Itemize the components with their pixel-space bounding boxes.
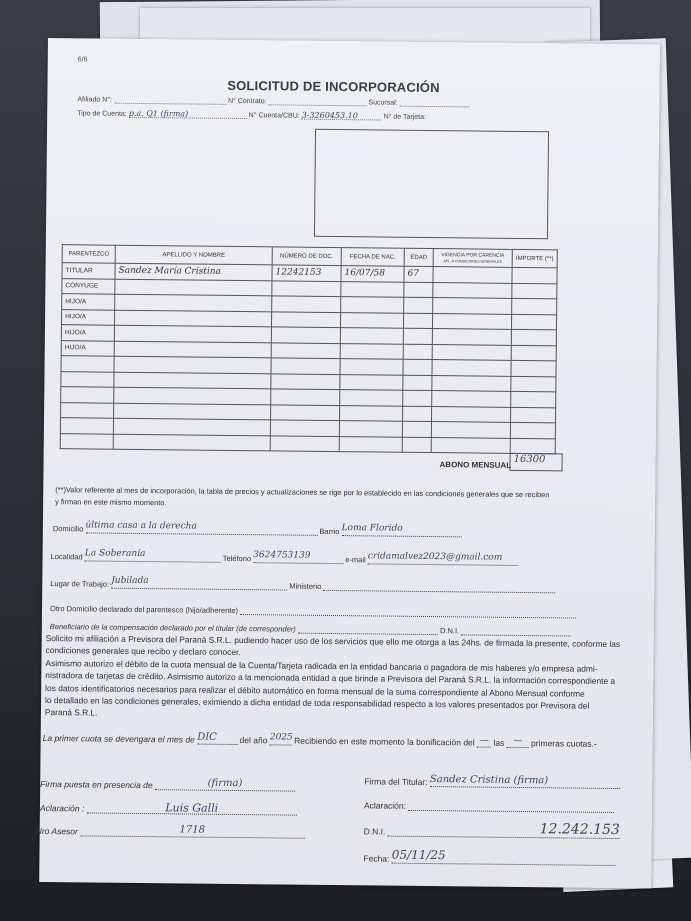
domicilio-field[interactable]: última casa a la derecha xyxy=(85,520,317,535)
aclaracion-left-field[interactable]: Luis Galli xyxy=(87,800,297,815)
header-row-2: Tipo de Cuenta: p.a. Q1 (firma) N° Cuent… xyxy=(77,108,426,121)
table-cell[interactable] xyxy=(114,310,271,327)
page-number: 6/6 xyxy=(78,56,88,63)
photo-box xyxy=(314,129,549,239)
table-cell[interactable] xyxy=(271,389,340,405)
table-cell[interactable] xyxy=(341,281,404,297)
terms-text: Solicito mi afiliación a Previsora del P… xyxy=(45,632,666,725)
table-cell[interactable] xyxy=(340,328,403,344)
table-cell[interactable] xyxy=(402,421,431,437)
col-apellido-nombre: APELLIDO Y NOMBRE xyxy=(115,245,272,265)
col-fecha-nac: FECHA DE NAC. xyxy=(341,248,404,267)
table-cell[interactable] xyxy=(271,404,340,420)
table-cell[interactable] xyxy=(432,329,511,345)
table-cell[interactable] xyxy=(114,387,271,404)
footnote: (**)Valor referente al mes de incorporac… xyxy=(55,484,549,514)
table-cell[interactable] xyxy=(402,437,431,453)
table-cell[interactable] xyxy=(271,327,340,343)
table-cell[interactable] xyxy=(114,356,271,373)
asesor-field[interactable]: 1718 xyxy=(80,823,304,838)
table-cell[interactable] xyxy=(270,435,339,451)
table-cell[interactable] xyxy=(272,296,341,312)
table-cell[interactable] xyxy=(403,313,432,329)
tipo-cuenta-field[interactable]: p.a. Q1 (firma) xyxy=(129,109,247,119)
table-cell[interactable] xyxy=(114,341,271,358)
parentezco-cell xyxy=(60,433,113,449)
parentezco-cell: HIJO/A xyxy=(61,309,114,325)
members-table: PARENTEZCO APELLIDO Y NOMBRE NÚMERO DE D… xyxy=(60,244,558,454)
table-cell[interactable] xyxy=(340,343,403,359)
table-cell[interactable] xyxy=(403,344,432,360)
cuenta-cbu-label: N° Cuenta/CBU: xyxy=(249,112,300,120)
fecha-row: Fecha: 05/11/25 xyxy=(363,847,616,866)
barrio-field[interactable]: Loma Florido xyxy=(342,523,462,537)
cuota-anio-field[interactable]: 2025 xyxy=(270,732,292,745)
contrato-field[interactable] xyxy=(268,96,366,106)
table-cell[interactable] xyxy=(511,391,556,407)
otro-domicilio-row: Otro Domicilio declarado del parentesco … xyxy=(50,600,576,619)
email-field[interactable]: cridamalvez2023@gmail.com xyxy=(368,551,518,566)
table-cell[interactable] xyxy=(511,360,556,376)
telefono-field[interactable]: 3624753139 xyxy=(253,550,343,564)
beneficiario-dni-field[interactable] xyxy=(461,622,571,636)
las-field[interactable]: — xyxy=(507,735,529,748)
table-cell[interactable] xyxy=(113,418,270,435)
tipo-cuenta-label: Tipo de Cuenta: xyxy=(77,110,127,118)
table-cell[interactable] xyxy=(115,294,272,311)
table-cell[interactable] xyxy=(340,390,403,406)
firma-titular-field[interactable]: Sandez Cristina (firma) xyxy=(430,774,620,789)
table-cell[interactable] xyxy=(432,375,511,391)
parentezco-cell: HIJO/A xyxy=(62,294,115,310)
asesor-row: Nro Asesor 1718 xyxy=(36,823,305,839)
dni-titular-field[interactable]: 12.242.153 xyxy=(388,820,620,839)
table-cell[interactable] xyxy=(511,376,556,392)
afiliado-field[interactable] xyxy=(114,95,226,105)
table-cell[interactable] xyxy=(432,313,511,329)
table-cell[interactable] xyxy=(271,311,340,327)
table-cell[interactable] xyxy=(340,405,403,421)
col-importe: IMPORTE (**) xyxy=(512,249,557,267)
table-cell[interactable] xyxy=(510,422,555,438)
dni-titular-row: D.N.I. 12.242.153 xyxy=(364,819,620,839)
parentezco-cell: TITULAR xyxy=(62,263,115,279)
parentezco-cell: CÓNYUGE xyxy=(62,278,115,294)
col-parentezco: PARENTEZCO xyxy=(62,245,115,264)
parentezco-cell xyxy=(61,371,114,387)
ministerio-field[interactable] xyxy=(323,578,555,593)
aclaracion-right-row: Aclaración: xyxy=(364,797,615,813)
table-cell[interactable] xyxy=(403,359,432,375)
table-cell[interactable] xyxy=(403,390,432,406)
table-cell[interactable] xyxy=(272,280,341,296)
form-title: SOLICITUD DE INCORPORACIÓN xyxy=(47,76,619,97)
table-cell[interactable] xyxy=(433,298,512,314)
table-cell[interactable] xyxy=(270,420,339,436)
contrato-label: N° Contrato: xyxy=(228,98,267,105)
table-cell[interactable] xyxy=(404,297,433,313)
cuenta-cbu-field[interactable]: 3-3260453.10 xyxy=(302,111,382,121)
table-cell[interactable] xyxy=(114,372,271,389)
col-vigencia: VIGENCIA POR CARENCIAAPL. A CONDICIONES … xyxy=(433,249,512,268)
col-edad: EDAD xyxy=(404,248,433,266)
beneficiario-field[interactable] xyxy=(298,621,438,635)
parentezco-cell xyxy=(61,387,114,403)
table-cell[interactable] xyxy=(433,267,512,283)
domicilio-row: Domicilio última casa a la derecha Barri… xyxy=(53,520,462,537)
col-numero-doc: NÚMERO DE DOC. xyxy=(272,247,341,266)
table-cell[interactable] xyxy=(511,345,556,361)
table-cell[interactable]: 67 xyxy=(404,266,433,282)
table-cell[interactable] xyxy=(511,407,556,423)
table-cell[interactable] xyxy=(113,434,270,451)
table-cell[interactable] xyxy=(403,375,432,391)
table-cell[interactable] xyxy=(433,282,512,298)
parentezco-cell: HIJO/A xyxy=(61,325,114,341)
table-cell[interactable] xyxy=(271,373,340,389)
form-page: 6/6 SOLICITUD DE INCORPORACIÓN Afiliado … xyxy=(39,38,660,888)
table-cell[interactable] xyxy=(432,344,511,360)
table-cell[interactable] xyxy=(404,282,433,298)
bonificacion-field[interactable]: — xyxy=(477,735,491,748)
table-cell[interactable] xyxy=(340,312,403,328)
table-cell[interactable] xyxy=(510,438,555,454)
parentezco-cell xyxy=(61,402,114,418)
table-cell[interactable] xyxy=(432,360,511,376)
afiliado-label: Afiliado N°: xyxy=(77,96,112,103)
table-cell[interactable] xyxy=(340,359,403,375)
table-cell[interactable] xyxy=(432,391,511,407)
table-cell[interactable] xyxy=(339,421,402,437)
sucursal-field[interactable] xyxy=(400,98,470,108)
table-cell[interactable] xyxy=(341,297,404,313)
table-cell[interactable] xyxy=(511,329,556,345)
table-cell[interactable]: 12242153 xyxy=(272,265,341,281)
localidad-row: Localidad La Soberanía Teléfono 36247531… xyxy=(51,548,518,566)
table-cell[interactable] xyxy=(512,283,557,299)
abono-mensual-value[interactable]: 16300 xyxy=(509,453,562,472)
table-cell[interactable]: Sandez María Cristina xyxy=(115,263,272,280)
firma-presencia-row: Firma puesta en presencia de (firma) xyxy=(40,776,295,792)
table-cell[interactable] xyxy=(431,422,510,438)
cuota-mes-field[interactable]: DIC xyxy=(197,732,237,745)
table-cell[interactable] xyxy=(511,314,556,330)
otro-domicilio-field[interactable] xyxy=(240,602,576,619)
table-cell[interactable] xyxy=(114,325,271,342)
table-cell[interactable] xyxy=(512,267,557,283)
sucursal-label: Sucursal: xyxy=(368,99,397,106)
table-cell[interactable] xyxy=(340,374,403,390)
parentezco-cell xyxy=(61,356,114,372)
aclaracion-left-row: Aclaración : Luis Galli xyxy=(40,800,297,816)
table-cell[interactable] xyxy=(271,342,340,358)
table-cell[interactable] xyxy=(512,298,557,314)
parentezco-cell: HIJO/A xyxy=(61,340,114,356)
trabajo-row: Lugar de Trabajo: Jubilada Ministerio xyxy=(50,575,555,593)
table-cell[interactable] xyxy=(403,328,432,344)
abono-mensual-label: ABONO MENSUAL xyxy=(440,460,512,470)
firma-titular-row: Firma del Titular: Sandez Cristina (firm… xyxy=(364,773,620,789)
cuota-row: La primer cuota se devengara el mes de D… xyxy=(43,730,597,749)
table-cell[interactable] xyxy=(431,437,510,453)
fecha-field[interactable]: 05/11/25 xyxy=(392,848,616,866)
tarjeta-label: N° de Tarjeta: xyxy=(384,114,426,121)
localidad-field[interactable]: La Soberanía xyxy=(85,548,221,562)
table-cell[interactable] xyxy=(271,358,340,374)
table-cell[interactable] xyxy=(114,403,271,420)
table-cell[interactable] xyxy=(432,406,511,422)
aclaracion-right-field[interactable] xyxy=(408,798,614,813)
table-cell[interactable] xyxy=(339,436,402,452)
trabajo-field[interactable]: Jubilada xyxy=(111,576,287,591)
firma-presencia-field[interactable]: (firma) xyxy=(155,777,295,791)
table-cell[interactable] xyxy=(115,279,272,296)
header-row-1: Afiliado N°: N° Contrato: Sucursal: xyxy=(77,94,469,107)
parentezco-cell xyxy=(60,418,113,434)
table-cell[interactable] xyxy=(403,406,432,422)
table-cell[interactable]: 16/07/58 xyxy=(341,266,404,282)
